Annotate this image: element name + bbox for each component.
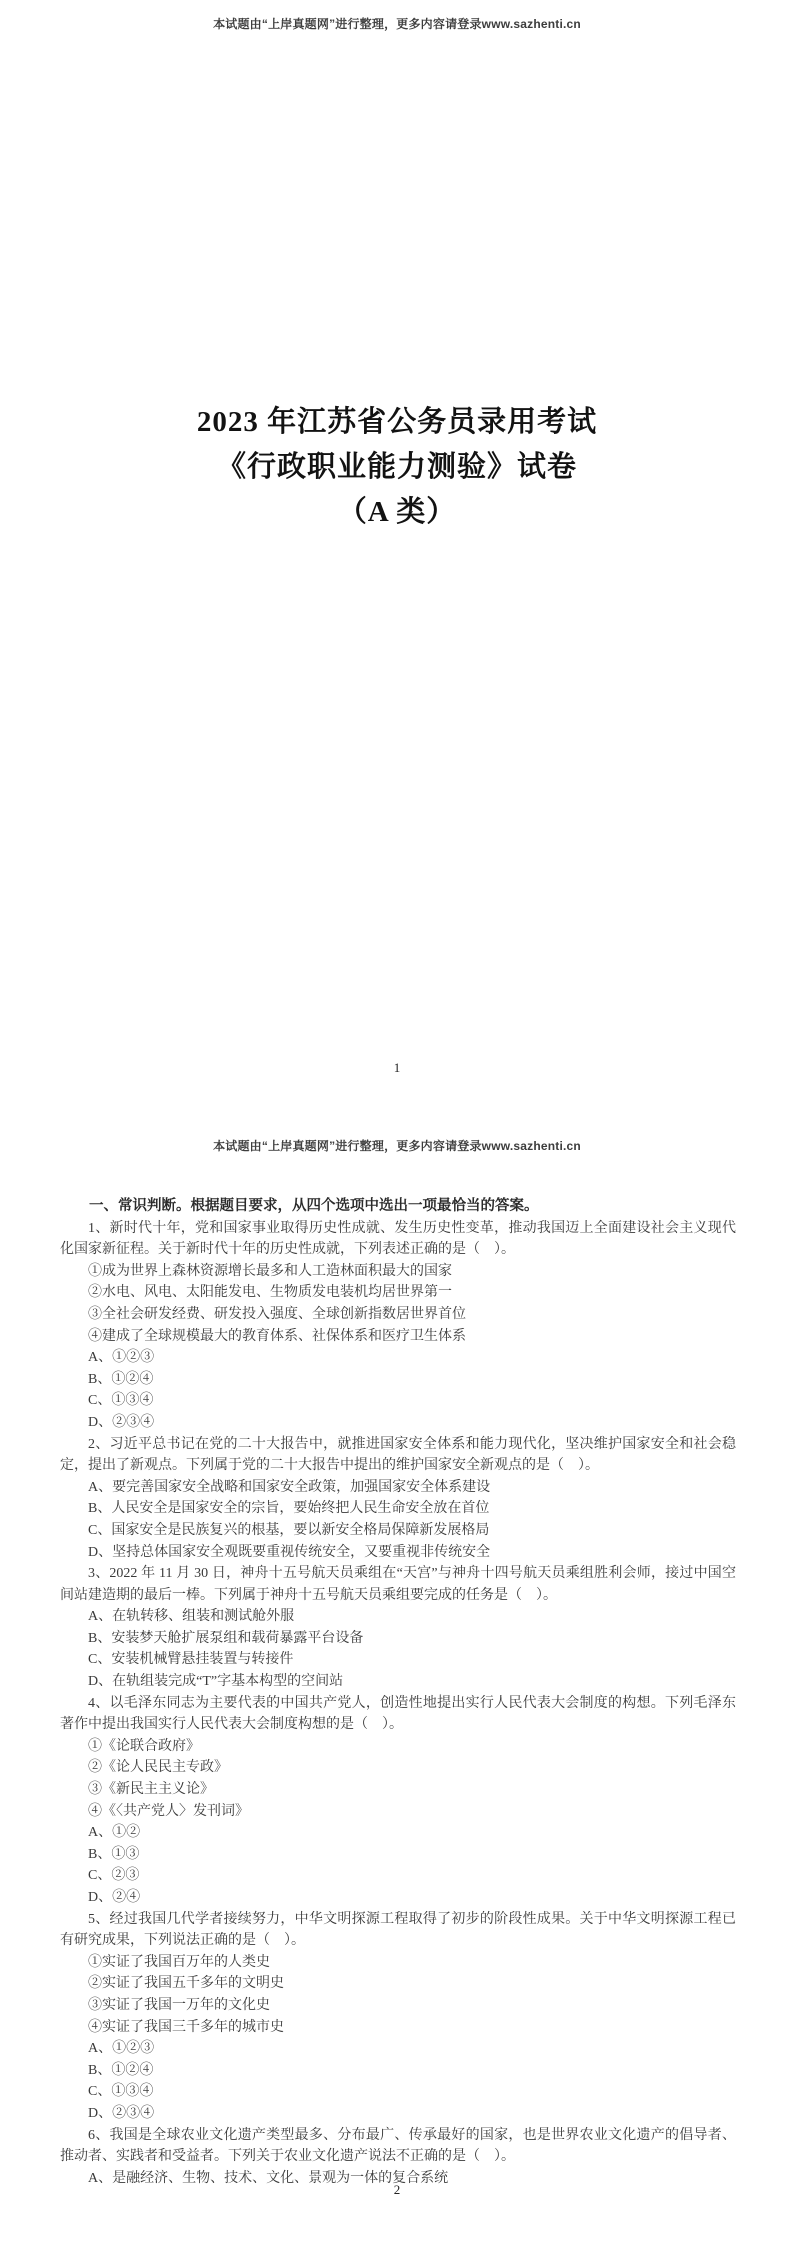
question-item: ②《论人民民主专政》 (60, 1757, 736, 1779)
header-note: 本试题由“上岸真题网”进行整理，更多内容请登录www.sazhenti.cn (0, 1122, 794, 1154)
question-option: D、②③④ (60, 2103, 736, 2125)
header-note: 本试题由“上岸真题网”进行整理，更多内容请登录www.sazhenti.cn (0, 0, 794, 32)
question-stem: 6、我国是全球农业文化遗产类型最多、分布最广、传承最好的国家，也是世界农业文化遗… (60, 2125, 736, 2168)
question-item: ③实证了我国一万年的文化史 (60, 1995, 736, 2017)
exam-document: 本试题由“上岸真题网”进行整理，更多内容请登录www.sazhenti.cn 2… (0, 0, 794, 2244)
question-item: ①《论联合政府》 (60, 1736, 736, 1758)
question-option: B、人民安全是国家安全的宗旨，要始终把人民生命安全放在首位 (60, 1498, 736, 1520)
question-option: B、安装梦天舱扩展泵组和载荷暴露平台设备 (60, 1628, 736, 1650)
exam-title: 2023 年江苏省公务员录用考试 《行政职业能力测验》试卷 （A 类） (0, 400, 794, 535)
question-option: C、①③④ (60, 2081, 736, 2103)
question-stem: 1、新时代十年，党和国家事业取得历史性成就、发生历史性变革，推动我国迈上全面建设… (60, 1218, 736, 1261)
question-item: ①实证了我国百万年的人类史 (60, 1952, 736, 1974)
question-stem: 5、经过我国几代学者接续努力，中华文明探源工程取得了初步的阶段性成果。关于中华文… (60, 1909, 736, 1952)
page-number-2: 2 (0, 2182, 794, 2198)
section-heading: 一、常识判断。根据题目要求，从四个选项中选出一项最恰当的答案。 (60, 1196, 736, 1218)
question-option: B、①②④ (60, 1369, 736, 1391)
question-option: C、安装机械臂悬挂装置与转接件 (60, 1649, 736, 1671)
question-option: A、在轨转移、组装和测试舱外服 (60, 1606, 736, 1628)
question-option: B、①②④ (60, 2060, 736, 2082)
page-1: 本试题由“上岸真题网”进行整理，更多内容请登录www.sazhenti.cn 2… (0, 0, 794, 1122)
question-option: A、要完善国家安全战略和国家安全政策，加强国家安全体系建设 (60, 1477, 736, 1499)
question-item: ②水电、风电、太阳能发电、生物质发电装机均居世界第一 (60, 1282, 736, 1304)
question-option: B、①③ (60, 1844, 736, 1866)
question-option: D、②③④ (60, 1412, 736, 1434)
exam-title-line1: 2023 年江苏省公务员录用考试 (0, 400, 794, 445)
question-item: ①成为世界上森林资源增长最多和人工造林面积最大的国家 (60, 1261, 736, 1283)
question-option: C、国家安全是民族复兴的根基，要以新安全格局保障新发展格局 (60, 1520, 736, 1542)
exam-title-line3: （A 类） (0, 490, 794, 535)
question-item: ④《〈共产党人〉发刊词》 (60, 1801, 736, 1823)
question-option: D、②④ (60, 1887, 736, 1909)
question-item: ②实证了我国五千多年的文明史 (60, 1973, 736, 1995)
question-option: A、①② (60, 1822, 736, 1844)
page-2: 本试题由“上岸真题网”进行整理，更多内容请登录www.sazhenti.cn 一… (0, 1122, 794, 2244)
question-option: D、在轨组装完成“T”字基本构型的空间站 (60, 1671, 736, 1693)
question-stem: 3、2022 年 11 月 30 日，神舟十五号航天员乘组在“天宫”与神舟十四号… (60, 1563, 736, 1606)
question-option: C、②③ (60, 1865, 736, 1887)
question-item: ③全社会研发经费、研发投入强度、全球创新指数居世界首位 (60, 1304, 736, 1326)
question-stem: 4、以毛泽东同志为主要代表的中国共产党人，创造性地提出实行人民代表大会制度的构想… (60, 1693, 736, 1736)
question-item: ④实证了我国三千多年的城市史 (60, 2017, 736, 2039)
exam-title-line2: 《行政职业能力测验》试卷 (0, 445, 794, 490)
question-option: C、①③④ (60, 1390, 736, 1412)
question-item: ④建成了全球规模最大的教育体系、社保体系和医疗卫生体系 (60, 1326, 736, 1348)
page-number-1: 1 (0, 1060, 794, 1076)
question-option: A、①②③ (60, 2038, 736, 2060)
questions-body: 一、常识判断。根据题目要求，从四个选项中选出一项最恰当的答案。 1、新时代十年，… (60, 1196, 736, 2189)
question-option: D、坚持总体国家安全观既要重视传统安全，又要重视非传统安全 (60, 1542, 736, 1564)
question-stem: 2、习近平总书记在党的二十大报告中，就推进国家安全体系和能力现代化，坚决维护国家… (60, 1434, 736, 1477)
question-list: 1、新时代十年，党和国家事业取得历史性成就、发生历史性变革，推动我国迈上全面建设… (60, 1218, 736, 2190)
question-option: A、①②③ (60, 1347, 736, 1369)
question-item: ③《新民主主义论》 (60, 1779, 736, 1801)
